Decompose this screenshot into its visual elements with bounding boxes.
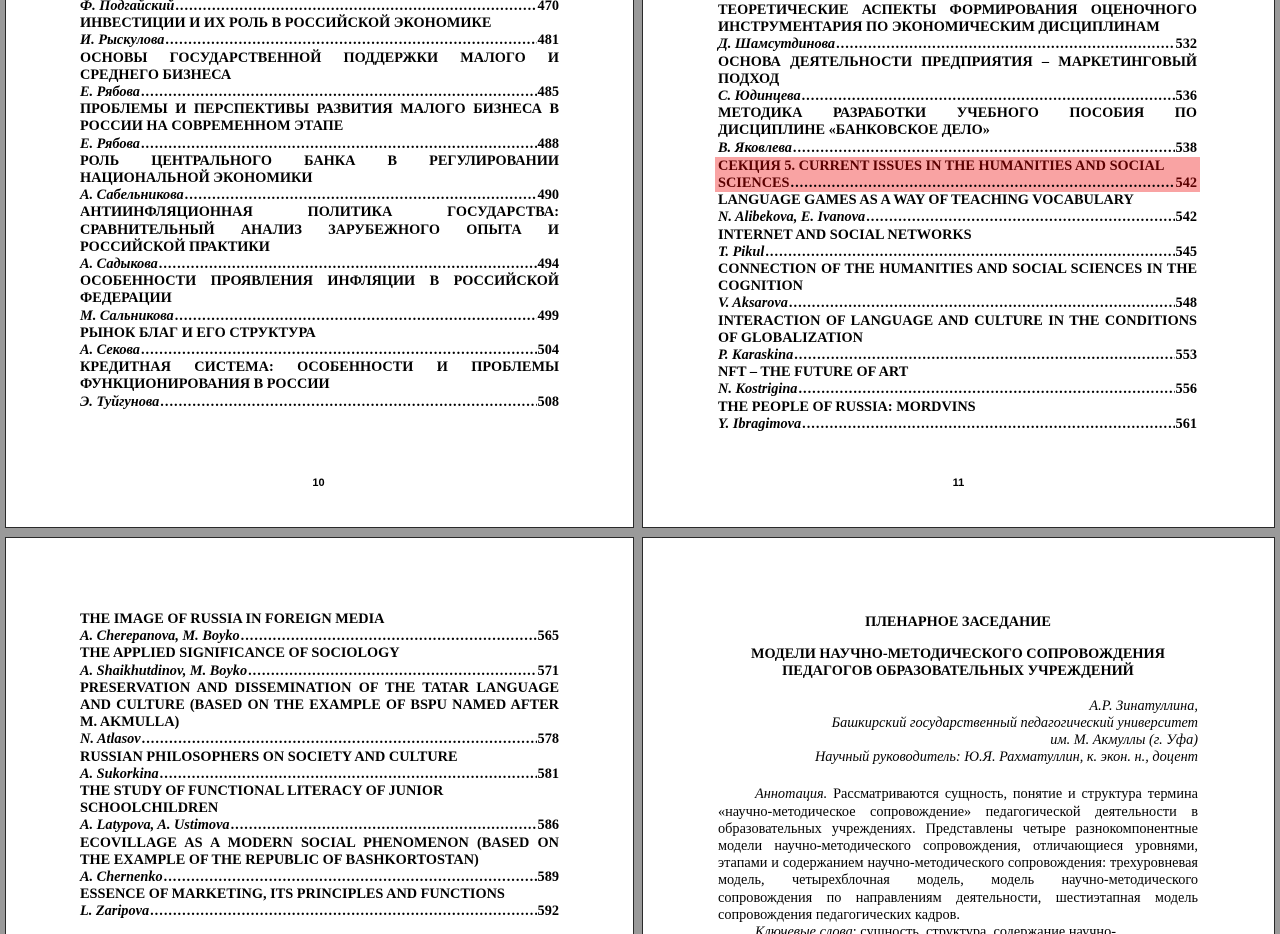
page-11: ТЕОРЕТИЧЕСКИЕ АСПЕКТЫ ФОРМИРОВАНИЯ ОЦЕНО…: [643, 0, 1274, 527]
toc-entry-page: 586: [538, 817, 559, 834]
toc-entry-author-line: N. Alibekova, E. Ivanova542: [718, 209, 1197, 226]
dot-leader: [231, 817, 537, 834]
page-number: 11: [643, 477, 1274, 489]
section-heading-highlighted[interactable]: СЕКЦИЯ 5. CURRENT ISSUES IN THE HUMANITI…: [715, 157, 1200, 192]
toc-entry[interactable]: LANGUAGE GAMES AS A WAY OF TEACHING VOCA…: [718, 192, 1197, 226]
toc-entry-page: 578: [538, 731, 559, 748]
toc-entry-page: 565: [538, 628, 559, 645]
toc-entry-author: Ф. Подгайский: [80, 0, 174, 15]
toc-entry-author: N. Kostrigina: [718, 381, 797, 398]
toc-entry-page: 532: [1176, 36, 1197, 53]
toc-entry[interactable]: АНТИИНФЛЯЦИОННАЯ ПОЛИТИКА ГОСУДАРСТВА: С…: [80, 204, 559, 273]
dot-leader: [866, 209, 1174, 226]
dot-leader: [836, 36, 1174, 53]
toc-entry-author: T. Pikul: [718, 244, 764, 261]
toc-entry-author-line: A. Sukorkina581: [80, 766, 559, 783]
dot-leader: [160, 394, 536, 411]
abstract-label: Аннотация.: [755, 786, 827, 802]
toc-entry-author-line: V. Aksarova548: [718, 295, 1197, 312]
section-title-cont: SCIENCES: [718, 175, 790, 192]
toc-entry[interactable]: INTERACTION OF LANGUAGE AND CULTURE IN T…: [718, 313, 1197, 365]
toc-entry-author-line: L. Zaripova592: [80, 903, 559, 920]
author-affiliation: Башкирский государственный педагогически…: [718, 715, 1198, 732]
toc-entry[interactable]: PRESERVATION AND DISSEMINATION OF THE TA…: [80, 680, 559, 749]
dot-leader: [165, 32, 536, 49]
dot-leader: [141, 136, 537, 153]
toc-entry[interactable]: ОСНОВЫ ГОСУДАРСТВЕННОЙ ПОДДЕРЖКИ МАЛОГО …: [80, 50, 559, 102]
dot-leader: [248, 663, 536, 680]
toc-entry-author: А. Садыкова: [80, 256, 158, 273]
toc-entry-author-line: Y. Ibragimova561: [718, 416, 1197, 433]
toc-entry-title: ТЕОРЕТИЧЕСКИЕ АСПЕКТЫ ФОРМИРОВАНИЯ ОЦЕНО…: [718, 2, 1197, 36]
toc-entry-author-line: М. Сальникова499: [80, 308, 559, 325]
toc-entry-page: 561: [1176, 416, 1197, 433]
toc-entry-author: A. Chernenko: [80, 869, 163, 886]
toc-entry-author: Y. Ibragimova: [718, 416, 801, 433]
dot-leader: [798, 381, 1174, 398]
toc-entry-author-line: Д. Шамсутдинова532: [718, 36, 1197, 53]
toc-entry-title: RUSSIAN PHILOSOPHERS ON SOCIETY AND CULT…: [80, 749, 559, 766]
toc-entry[interactable]: CONNECTION OF THE HUMANITIES AND SOCIAL …: [718, 261, 1197, 313]
toc-entry-author-line: В. Яковлева538: [718, 140, 1197, 157]
keywords: Ключевые слова: сущность, структура, сод…: [718, 924, 1198, 934]
toc-entry-author-line: A. Cherepanova, M. Boyko565: [80, 628, 559, 645]
toc-entry-page: 499: [538, 308, 559, 325]
page-12: THE IMAGE OF RUSSIA IN FOREIGN MEDIAA. C…: [6, 538, 633, 934]
toc-entry[interactable]: INTERNET AND SOCIAL NETWORKST. Pikul545: [718, 227, 1197, 261]
dot-leader: [175, 308, 537, 325]
dot-leader: [164, 869, 537, 886]
dot-leader: [150, 903, 536, 920]
toc-entry[interactable]: THE PEOPLE OF RUSSIA: MORDVINSY. Ibragim…: [718, 399, 1197, 433]
toc-entry-author-line: N. Kostrigina556: [718, 381, 1197, 398]
dot-leader: [802, 416, 1174, 433]
toc-entry-page: 592: [538, 903, 559, 920]
toc-entry-author-line: Ф. Подгайский470: [80, 0, 559, 15]
toc-entry-author: Э. Туйгунова: [80, 394, 159, 411]
toc-entry-title: ОСОБЕННОСТИ ПРОЯВЛЕНИЯ ИНФЛЯЦИИ В РОССИЙ…: [80, 273, 559, 307]
toc-entry-title: ОСНОВЫ ГОСУДАРСТВЕННОЙ ПОДДЕРЖКИ МАЛОГО …: [80, 50, 559, 84]
dot-leader: [794, 347, 1174, 364]
toc-entry[interactable]: РОЛЬ ЦЕНТРАЛЬНОГО БАНКА В РЕГУЛИРОВАНИИ …: [80, 153, 559, 205]
toc-entry-author: С. Юдинцева: [718, 88, 801, 105]
abstract: Аннотация. Рассматриваются сущность, пон…: [718, 786, 1198, 924]
toc-entry-title: THE STUDY OF FUNCTIONAL LITERACY OF JUNI…: [80, 783, 559, 817]
byline: А.Р. Зинатуллина, Башкирский государстве…: [718, 698, 1198, 767]
toc-entry-author-line: С. Юдинцева536: [718, 88, 1197, 105]
abstract-text: Рассматриваются сущность, понятие и стру…: [718, 786, 1198, 922]
toc-entry-title: РЫНОК БЛАГ И ЕГО СТРУКТУРА: [80, 325, 559, 342]
toc-entry-author-line: A. Latypova, A. Ustimova586: [80, 817, 559, 834]
toc-entry-author: Е. Рябова: [80, 84, 140, 101]
toc-entry-author-line: Е. Рябова485: [80, 84, 559, 101]
toc-entry-page: 536: [1176, 88, 1197, 105]
toc-entry-author: A. Sukorkina: [80, 766, 159, 783]
session-title: ПЛЕНАРНОЕ ЗАСЕДАНИЕ: [718, 614, 1198, 631]
toc-entry-author: А. Секова: [80, 342, 140, 359]
toc-entry[interactable]: ESSENCE OF MARKETING, ITS PRINCIPLES AND…: [80, 886, 559, 920]
toc-entry-author-line: А. Секова504: [80, 342, 559, 359]
toc-entry-author-line: И. Рыскулова481: [80, 32, 559, 49]
article: ПЛЕНАРНОЕ ЗАСЕДАНИЕ МОДЕЛИ НАУЧНО-МЕТОДИ…: [718, 614, 1198, 934]
toc-entry-page: 556: [1176, 381, 1197, 398]
dot-leader: [175, 0, 536, 15]
keywords-label: Ключевые слова: [755, 924, 853, 934]
toc-entry-page: 504: [538, 342, 559, 359]
toc-entry[interactable]: RUSSIAN PHILOSOPHERS ON SOCIETY AND CULT…: [80, 749, 559, 783]
toc-entry-title: РОЛЬ ЦЕНТРАЛЬНОГО БАНКА В РЕГУЛИРОВАНИИ …: [80, 153, 559, 187]
toc-entry-page: 571: [538, 663, 559, 680]
toc-entry[interactable]: ИНВЕСТИЦИИ И ИХ РОЛЬ В РОССИЙСКОЙ ЭКОНОМ…: [80, 15, 559, 49]
supervisor: Научный руководитель: Ю.Я. Рахматуллин, …: [718, 749, 1198, 766]
toc-entry-author-line: T. Pikul545: [718, 244, 1197, 261]
toc-entry-page: 581: [538, 766, 559, 783]
toc-entry-title: INTERACTION OF LANGUAGE AND CULTURE IN T…: [718, 313, 1197, 347]
toc-entry-title: INTERNET AND SOCIAL NETWORKS: [718, 227, 1197, 244]
toc-entry-author: A. Latypova, A. Ustimova: [80, 817, 230, 834]
keywords-text: : сущность, структура, содержание научно…: [853, 924, 1116, 934]
toc-entry-author: P. Karaskina: [718, 347, 793, 364]
toc-entry-author-line: P. Karaskina553: [718, 347, 1197, 364]
section-page-line: SCIENCES 542: [718, 175, 1197, 192]
toc-entry-author-line: A. Chernenko589: [80, 869, 559, 886]
toc-entry-page: 589: [538, 869, 559, 886]
dot-leader: [791, 175, 1175, 192]
toc-entry-page: 553: [1176, 347, 1197, 364]
toc-entry-title: PRESERVATION AND DISSEMINATION OF THE TA…: [80, 680, 559, 732]
toc-entry[interactable]: ОСНОВА ДЕЯТЕЛЬНОСТИ ПРЕДПРИЯТИЯ – МАРКЕТ…: [718, 54, 1197, 106]
author-affiliation-city: им. М. Акмуллы (г. Уфа): [718, 732, 1198, 749]
toc-entry[interactable]: РЫНОК БЛАГ И ЕГО СТРУКТУРАА. Секова504: [80, 325, 559, 359]
toc-entry-title: THE IMAGE OF RUSSIA IN FOREIGN MEDIA: [80, 611, 559, 628]
toc-entry-author-line: N. Atlasov578: [80, 731, 559, 748]
toc-entry[interactable]: ПРОБЛЕМЫ И ПЕРСПЕКТИВЫ РАЗВИТИЯ МАЛОГО Б…: [80, 101, 559, 153]
page-number: 10: [6, 477, 632, 489]
toc-list: Ф. Подгайский470ИНВЕСТИЦИИ И ИХ РОЛЬ В Р…: [80, 0, 559, 411]
toc-entry[interactable]: ТЕОРЕТИЧЕСКИЕ АСПЕКТЫ ФОРМИРОВАНИЯ ОЦЕНО…: [718, 2, 1197, 54]
toc-entry-title: ИНВЕСТИЦИИ И ИХ РОЛЬ В РОССИЙСКОЙ ЭКОНОМ…: [80, 15, 559, 32]
toc-entry-title: ОСНОВА ДЕЯТЕЛЬНОСТИ ПРЕДПРИЯТИЯ – МАРКЕТ…: [718, 54, 1197, 88]
dot-leader: [159, 256, 537, 273]
toc-entry-author-line: Е. Рябова488: [80, 136, 559, 153]
article-title-line: ПЕДАГОГОВ ОБРАЗОВАТЕЛЬНЫХ УЧРЕЖДЕНИЙ: [718, 663, 1198, 680]
dot-leader: [141, 342, 537, 359]
toc-entry-author-line: A. Shaikhutdinov, M. Boyko571: [80, 663, 559, 680]
toc-entry-page: 470: [538, 0, 559, 15]
toc-entry-author: N. Alibekova, E. Ivanova: [718, 209, 865, 226]
toc-entry[interactable]: ECOVILLAGE AS A MODERN SOCIAL PHENOMENON…: [80, 835, 559, 887]
toc-entry[interactable]: THE APPLIED SIGNIFICANCE OF SOCIOLOGYA. …: [80, 645, 559, 679]
toc-entry-author-line: Э. Туйгунова508: [80, 394, 559, 411]
toc-entry-title: КРЕДИТНАЯ СИСТЕМА: ОСОБЕННОСТИ И ПРОБЛЕМ…: [80, 359, 559, 393]
page-13: ПЛЕНАРНОЕ ЗАСЕДАНИЕ МОДЕЛИ НАУЧНО-МЕТОДИ…: [643, 538, 1274, 934]
toc-entry-page: 548: [1176, 295, 1197, 312]
toc-entry-title: ESSENCE OF MARKETING, ITS PRINCIPLES AND…: [80, 886, 559, 903]
toc-entry-author: М. Сальникова: [80, 308, 174, 325]
toc-entry-author: В. Яковлева: [718, 140, 792, 157]
toc-entry-page: 485: [538, 84, 559, 101]
dot-leader: [142, 731, 537, 748]
toc-entry-author: A. Cherepanova, M. Boyko: [80, 628, 240, 645]
toc-list: THE IMAGE OF RUSSIA IN FOREIGN MEDIAA. C…: [80, 611, 559, 921]
section-title: СЕКЦИЯ 5. CURRENT ISSUES IN THE HUMANITI…: [718, 158, 1197, 175]
dot-leader: [789, 295, 1175, 312]
toc-entry-page: 488: [538, 136, 559, 153]
toc-entry-page: 508: [538, 394, 559, 411]
toc-entry-page: 542: [1176, 209, 1197, 226]
toc-entry-author: N. Atlasov: [80, 731, 141, 748]
toc-entry-author: А. Сабельникова: [80, 187, 184, 204]
dot-leader: [802, 88, 1175, 105]
toc-entry-author: V. Aksarova: [718, 295, 788, 312]
toc-entry-author: Д. Шамсутдинова: [718, 36, 835, 53]
toc-entry-author-line: А. Садыкова494: [80, 256, 559, 273]
dot-leader: [160, 766, 537, 783]
toc-entry-title: THE APPLIED SIGNIFICANCE OF SOCIOLOGY: [80, 645, 559, 662]
article-title: МОДЕЛИ НАУЧНО-МЕТОДИЧЕСКОГО СОПРОВОЖДЕНИ…: [718, 646, 1198, 680]
section-page: 542: [1176, 175, 1197, 192]
page-10: Ф. Подгайский470ИНВЕСТИЦИИ И ИХ РОЛЬ В Р…: [6, 0, 633, 527]
dot-leader: [241, 628, 537, 645]
toc-entry[interactable]: THE STUDY OF FUNCTIONAL LITERACY OF JUNI…: [80, 783, 559, 835]
toc-entry-page: 545: [1176, 244, 1197, 261]
toc-entry-title: CONNECTION OF THE HUMANITIES AND SOCIAL …: [718, 261, 1197, 295]
dot-leader: [185, 187, 537, 204]
toc-entry-title: АНТИИНФЛЯЦИОННАЯ ПОЛИТИКА ГОСУДАРСТВА: С…: [80, 204, 559, 256]
toc-entry-author-line: А. Сабельникова490: [80, 187, 559, 204]
toc-entry-page: 494: [538, 256, 559, 273]
dot-leader: [141, 84, 537, 101]
toc-entry-title: LANGUAGE GAMES AS A WAY OF TEACHING VOCA…: [718, 192, 1197, 209]
article-title-line: МОДЕЛИ НАУЧНО-МЕТОДИЧЕСКОГО СОПРОВОЖДЕНИ…: [718, 646, 1198, 663]
toc-entry-author: Е. Рябова: [80, 136, 140, 153]
toc-entry-page: 538: [1176, 140, 1197, 157]
toc-entry[interactable]: THE IMAGE OF RUSSIA IN FOREIGN MEDIAA. C…: [80, 611, 559, 645]
toc-entry[interactable]: Ф. Подгайский470: [80, 0, 559, 15]
toc-entry[interactable]: КРЕДИТНАЯ СИСТЕМА: ОСОБЕННОСТИ И ПРОБЛЕМ…: [80, 359, 559, 411]
author-name: А.Р. Зинатуллина,: [718, 698, 1198, 715]
toc-entry[interactable]: МЕТОДИКА РАЗРАБОТКИ УЧЕБНОГО ПОСОБИЯ ПО …: [718, 105, 1197, 157]
toc-entry-page: 490: [538, 187, 559, 204]
toc-entry-author: И. Рыскулова: [80, 32, 164, 49]
toc-entry-title: ECOVILLAGE AS A MODERN SOCIAL PHENOMENON…: [80, 835, 559, 869]
toc-entry-page: 481: [538, 32, 559, 49]
toc-entry-title: ПРОБЛЕМЫ И ПЕРСПЕКТИВЫ РАЗВИТИЯ МАЛОГО Б…: [80, 101, 559, 135]
toc-entry-title: NFT – THE FUTURE OF ART: [718, 364, 1197, 381]
toc-list: ТЕОРЕТИЧЕСКИЕ АСПЕКТЫ ФОРМИРОВАНИЯ ОЦЕНО…: [718, 2, 1197, 433]
toc-entry-title: THE PEOPLE OF RUSSIA: MORDVINS: [718, 399, 1197, 416]
toc-entry-title: МЕТОДИКА РАЗРАБОТКИ УЧЕБНОГО ПОСОБИЯ ПО …: [718, 105, 1197, 139]
toc-entry-author: A. Shaikhutdinov, M. Boyko: [80, 663, 247, 680]
toc-entry-author: L. Zaripova: [80, 903, 149, 920]
dot-leader: [765, 244, 1174, 261]
dot-leader: [793, 140, 1175, 157]
toc-entry[interactable]: ОСОБЕННОСТИ ПРОЯВЛЕНИЯ ИНФЛЯЦИИ В РОССИЙ…: [80, 273, 559, 325]
toc-entry[interactable]: NFT – THE FUTURE OF ARTN. Kostrigina556: [718, 364, 1197, 398]
